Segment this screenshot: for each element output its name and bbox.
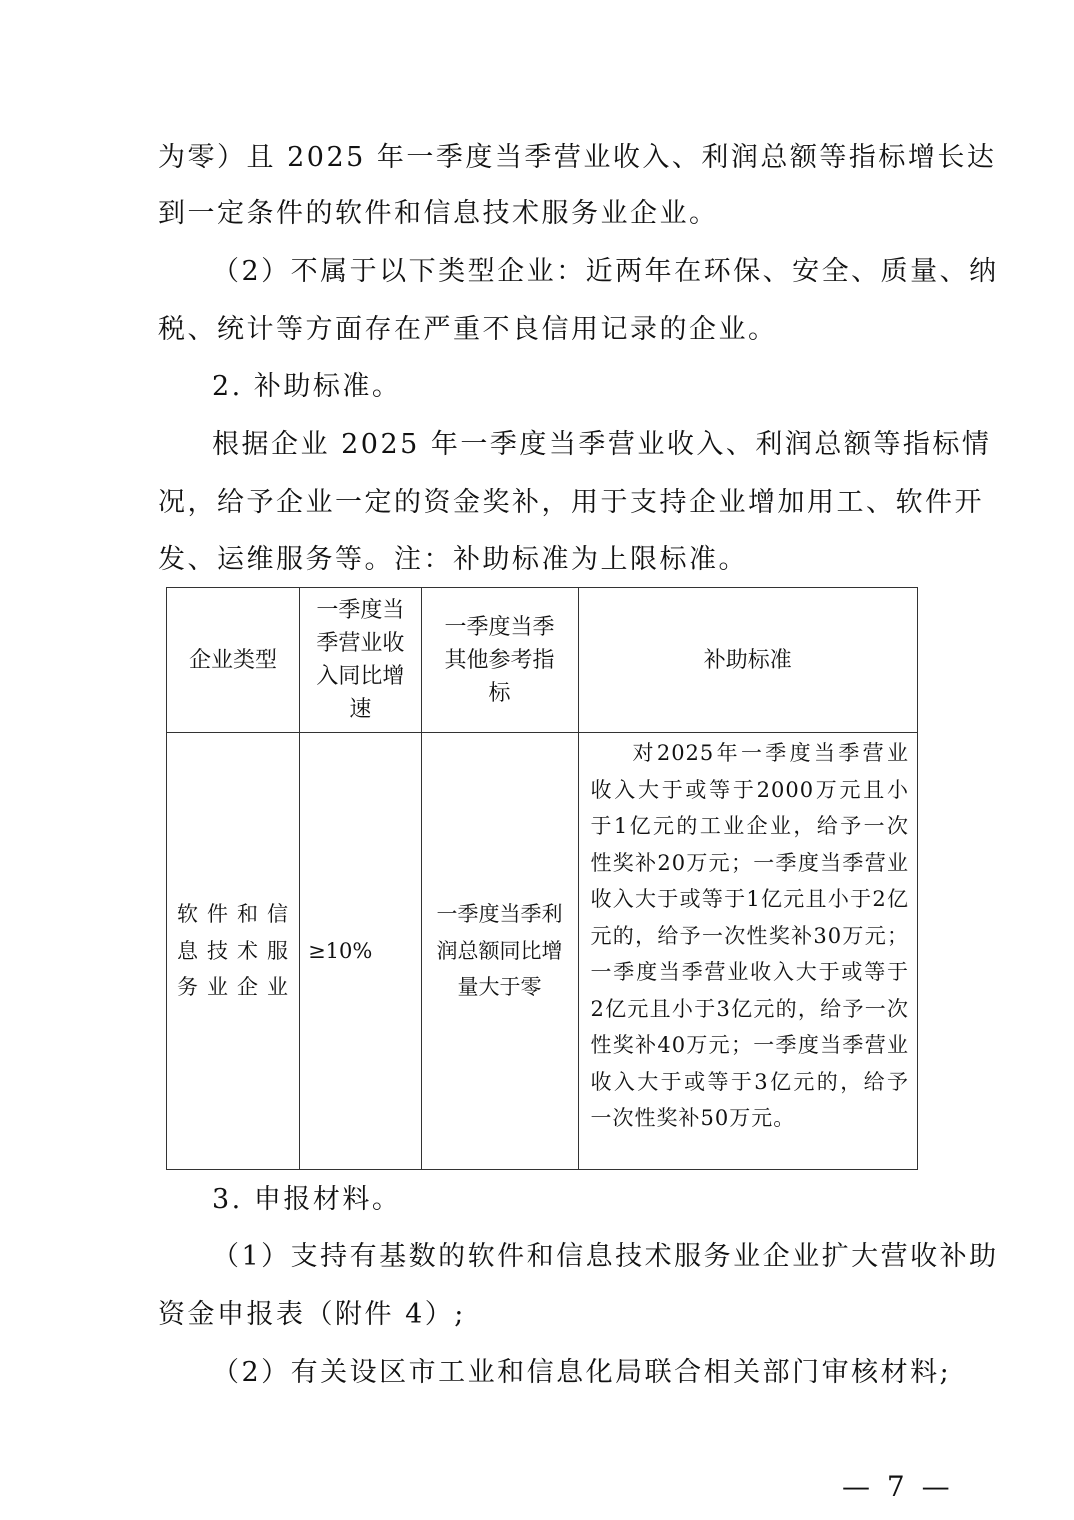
paragraph-line: 为零）且 2025 年一季度当季营业收入、利润总额等指标增长达 — [158, 140, 996, 176]
header-enterprise-type: 企业类型 — [167, 588, 300, 733]
table-row: 软件和信息技术服务业企业 ≥10% 一季度当季利润总额同比增量大于零 对2025… — [167, 733, 918, 1170]
page-number: — 7 — — [842, 1470, 954, 1503]
header-subsidy-standard: 补助标准 — [578, 588, 918, 733]
paragraph-line: 资金申报表（附件 4）; — [158, 1297, 466, 1333]
table-header-row: 企业类型 一季度当季营业收入同比增速 一季度当季其他参考指标 补助标准 — [167, 588, 918, 733]
section-heading: 2. 补助标准。 — [212, 369, 401, 405]
paragraph-line: 发、运维服务等。注：补助标准为上限标准。 — [158, 542, 748, 578]
header-other-indicator: 一季度当季其他参考指标 — [421, 588, 578, 733]
cell-subsidy-standard: 对2025年一季度当季营业收入大于或等于2000万元且小于1亿元的工业企业，给予… — [578, 733, 918, 1170]
paragraph-line: 税、统计等方面存在严重不良信用记录的企业。 — [158, 312, 778, 348]
paragraph-line: 况，给予企业一定的资金奖补，用于支持企业增加用工、软件开 — [158, 485, 984, 521]
subsidy-table: 企业类型 一季度当季营业收入同比增速 一季度当季其他参考指标 补助标准 软件和信… — [166, 587, 918, 1170]
cell-other-indicator: 一季度当季利润总额同比增量大于零 — [421, 733, 578, 1170]
paragraph-line: （2）有关设区市工业和信息化局联合相关部门审核材料; — [212, 1355, 951, 1391]
paragraph-line: 根据企业 2025 年一季度当季营业收入、利润总额等指标情 — [212, 427, 991, 463]
paragraph-line: （2）不属于以下类型企业：近两年在环保、安全、质量、纳 — [212, 254, 999, 290]
cell-revenue-growth: ≥10% — [300, 733, 422, 1170]
paragraph-line: （1）支持有基数的软件和信息技术服务业企业扩大营收补助 — [212, 1239, 999, 1275]
section-heading: 3. 申报材料。 — [212, 1182, 401, 1218]
paragraph-line: 到一定条件的软件和信息技术服务业企业。 — [158, 196, 719, 232]
cell-enterprise-type: 软件和信息技术服务业企业 — [167, 733, 300, 1170]
header-revenue-growth: 一季度当季营业收入同比增速 — [300, 588, 422, 733]
